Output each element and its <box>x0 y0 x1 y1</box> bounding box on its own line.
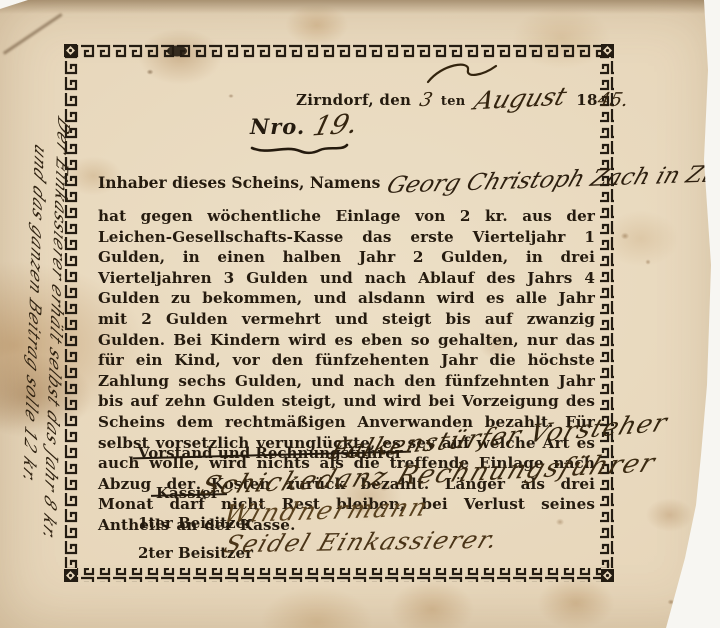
number-label: Nro. <box>250 114 305 139</box>
handwritten-year: 45. <box>595 89 630 111</box>
body-intro-line: Inhaber dieses Scheins, NamensGeorg Chri… <box>98 168 595 202</box>
day-suffix: ten <box>441 94 466 109</box>
handwritten-month: August <box>471 82 571 116</box>
handwritten-day: 3 <box>418 89 435 111</box>
body-intro: Inhaber dieses Scheins, Namens <box>98 173 380 192</box>
pen-flourish <box>424 60 508 84</box>
paper-crease-top <box>0 0 720 14</box>
signature-zweiter-beisitzer: Seidel Einkassierer. <box>220 526 503 559</box>
signature-block: Vorstand und Rechnungsführer Falkenstürf… <box>98 432 603 572</box>
certificate-number: Nro. 19. <box>250 110 357 141</box>
date-line: Zirndorf, den 3 ten August 1845. <box>296 82 628 111</box>
paper-sheet: Zirndorf, den 3 ten August 1845. Nro. 19… <box>0 0 720 628</box>
handwritten-number: 19. <box>310 109 362 143</box>
year-printed: 18 <box>576 91 597 109</box>
scanned-document: Zirndorf, den 3 ten August 1845. Nro. 19… <box>0 0 720 628</box>
signature-erster-beisitzer: Windnermann <box>220 493 433 529</box>
underline-swash <box>250 142 350 156</box>
place-label: Zirndorf, den <box>296 91 411 109</box>
ink-blot <box>167 46 187 57</box>
